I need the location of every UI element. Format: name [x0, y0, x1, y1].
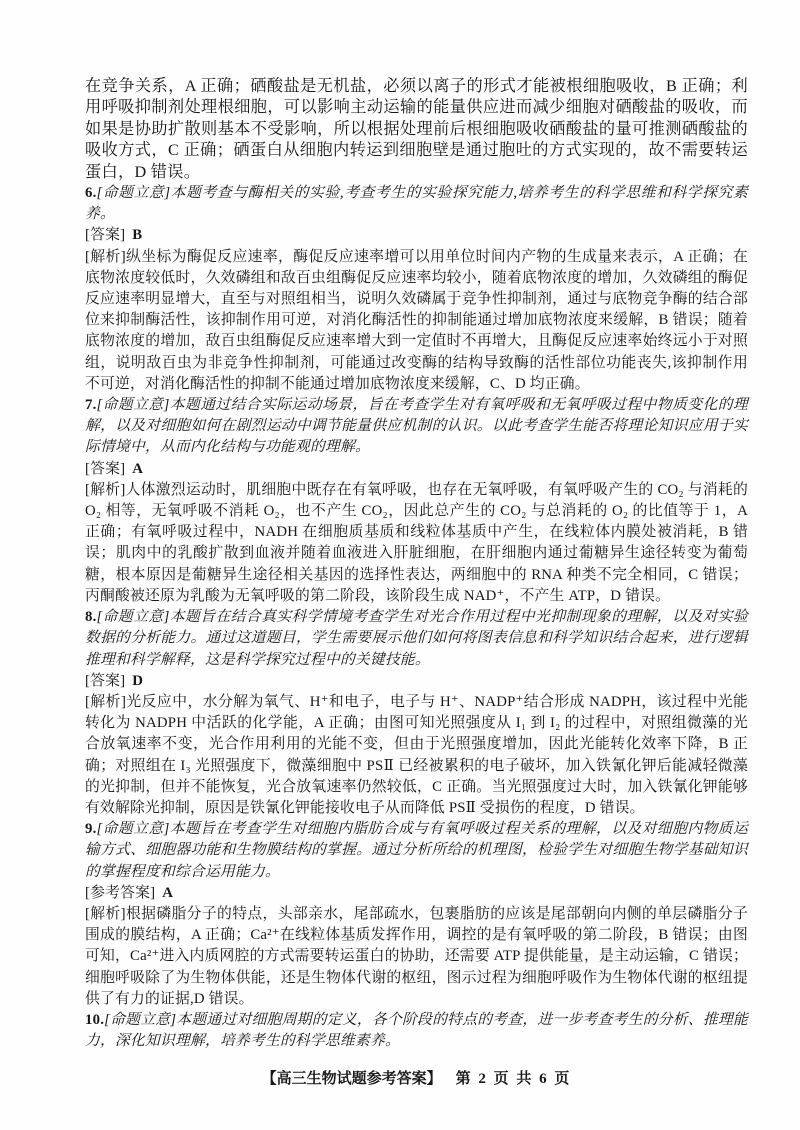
item-9-analysis: [解析]根据磷脂分子的特点，头部亲水，尾部疏水，包裹脂肪的应该是尾部朝向内侧的单… [85, 904, 748, 1010]
item-number: 9. [85, 821, 97, 837]
footer-page-number: 第 2 页 共 6 页 [456, 1071, 572, 1087]
answer-item-10: 10.[命题立意]本题通过对细胞周期的定义，各个阶段的特点的考查，进一步考查考生… [85, 1010, 748, 1052]
analysis-label: [解析] [85, 694, 126, 710]
item-8-analysis: [解析]光反应中，水分解为氧气、H⁺和电子，电子与 H⁺、NADP⁺结合形成 N… [85, 692, 748, 819]
answer-item-8: 8.[命题立意]本题旨在结合真实科学情境考查学生对光合作用过程中光抑制现象的理解… [85, 607, 748, 819]
intent-text: 本题考查与酶相关的实验,考查考生的实验探究能力,培养考生的科学思维和科学探究素养… [85, 185, 748, 222]
item-number: 8. [85, 609, 97, 625]
answer-label: [答案] [85, 673, 125, 689]
analysis-text: 人体激烈运动时，肌细胞中既存在有氧呼吸，也存在无氧呼吸，有氧呼吸产生的 CO₂ … [85, 482, 748, 604]
item-7-intent: 7.[命题立意]本题通过结合实际运动场景，旨在考查学生对有氧呼吸和无氧呼吸过程中… [85, 395, 748, 459]
item-number: 10. [85, 1012, 104, 1028]
item-8-answer: [答案]D [85, 671, 748, 692]
analysis-text: 光反应中，水分解为氧气、H⁺和电子，电子与 H⁺、NADP⁺结合形成 NADPH… [85, 694, 748, 816]
item-7-answer: [答案]A [85, 459, 748, 480]
analysis-label: [解析] [85, 906, 126, 922]
intent-label: [命题立意] [97, 821, 170, 837]
item-6-answer: [答案]B [85, 225, 748, 246]
answer-item-6: 6.[命题立意]本题考查与酶相关的实验,考查考生的实验探究能力,培养考生的科学思… [85, 183, 748, 395]
item-9-intent: 9.[命题立意]本题旨在考查学生对细胞内脂肪合成与有氧呼吸过程关系的理解，以及对… [85, 819, 748, 883]
item-10-intent: 10.[命题立意]本题通过对细胞周期的定义，各个阶段的特点的考查，进一步考查考生… [85, 1010, 748, 1052]
item-6-analysis: [解析]纵坐标为酶促反应速率，酶促反应速率增可以用单位时间内产物的生成量来表示，… [85, 247, 748, 395]
item-8-intent: 8.[命题立意]本题旨在结合真实科学情境考查学生对光合作用过程中光抑制现象的理解… [85, 607, 748, 671]
footer-booklet-title: 【高三生物试题参考答案】 [262, 1071, 442, 1087]
item-number: 7. [85, 397, 97, 413]
analysis-label: [解析] [85, 249, 126, 265]
answer-value: B [132, 227, 142, 243]
analysis-label: [解析] [85, 482, 126, 498]
intent-text: 本题通过对细胞周期的定义，各个阶段的特点的考查，进一步考查考生的分析、推理能力，… [85, 1012, 748, 1049]
intent-text: 本题旨在考查学生对细胞内脂肪合成与有氧呼吸过程关系的理解，以及对细胞内物质运输方… [85, 821, 748, 879]
intent-label: [命题立意] [97, 185, 171, 201]
analysis-text: 纵坐标为酶促反应速率，酶促反应速率增可以用单位时间内产物的生成量来表示，A 正确… [85, 249, 748, 392]
item-number: 6. [85, 185, 97, 201]
answer-label: [答案] [85, 461, 125, 477]
answer-item-9: 9.[命题立意]本题旨在考查学生对细胞内脂肪合成与有氧呼吸过程关系的理解，以及对… [85, 819, 748, 1010]
intent-label: [命题立意] [97, 609, 170, 625]
answer-item-7: 7.[命题立意]本题通过结合实际运动场景，旨在考查学生对有氧呼吸和无氧呼吸过程中… [85, 395, 748, 607]
answer-value: A [162, 885, 173, 901]
answer-value: D [132, 673, 143, 689]
item-9-answer: [参考答案]A [85, 883, 748, 904]
intent-text: 本题通过结合实际运动场景，旨在考查学生对有氧呼吸和无氧呼吸过程中物质变化的理解，… [85, 397, 748, 455]
intent-label: [命题立意] [104, 1012, 176, 1028]
answer-label: [答案] [85, 227, 125, 243]
item-6-intent: 6.[命题立意]本题考查与酶相关的实验,考查考生的实验探究能力,培养考生的科学思… [85, 183, 748, 225]
page-footer: 【高三生物试题参考答案】第 2 页 共 6 页 [85, 1069, 748, 1089]
document-page: 在竞争关系，A 正确；硒酸盐是无机盐，必须以离子的形式才能被根细胞吸收，B 正确… [0, 0, 800, 1130]
item-7-analysis: [解析]人体激烈运动时，肌细胞中既存在有氧呼吸，也存在无氧呼吸，有氧呼吸产生的 … [85, 480, 748, 607]
carryover-paragraph: 在竞争关系，A 正确；硒酸盐是无机盐，必须以离子的形式才能被根细胞吸收，B 正确… [85, 76, 748, 183]
intent-label: [命题立意] [97, 397, 170, 413]
answer-value: A [132, 461, 143, 477]
analysis-text: 根据磷脂分子的特点，头部亲水，尾部疏水，包裹脂肪的应该是尾部朝向内侧的单层磷脂分… [85, 906, 748, 1007]
answer-label: [参考答案] [85, 885, 155, 901]
intent-text: 本题旨在结合真实科学情境考查学生对光合作用过程中光抑制现象的理解，以及对实验数据… [85, 609, 748, 667]
